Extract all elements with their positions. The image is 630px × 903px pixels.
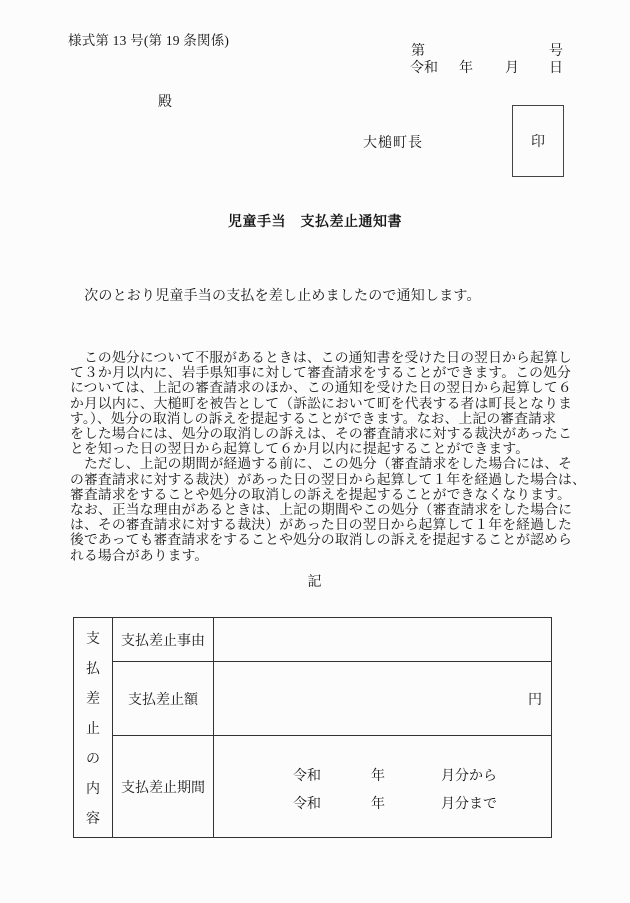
vertical-label-payment-stop-contents: 支 払 差 止 の 内 容 bbox=[74, 619, 112, 837]
period-from-month: 月分から bbox=[441, 765, 497, 785]
period-to-month: 月分まで bbox=[441, 793, 497, 813]
seal-mark: 印 bbox=[531, 131, 545, 151]
vertical-label-char: 容 bbox=[86, 808, 100, 828]
document-title: 児童手当 支払差止通知書 bbox=[0, 211, 630, 231]
body-line: をした場合には、処分の取消しの訴えは、その審査請求に対する裁決があったこ bbox=[70, 426, 582, 441]
vertical-label-char: 止 bbox=[86, 718, 100, 738]
row-label-stop-period: 支払差止期間 bbox=[113, 736, 214, 838]
period-to-year: 年 bbox=[371, 793, 385, 813]
seal-box: 印 bbox=[512, 105, 564, 177]
period-to-line: 令和 年 月分まで bbox=[214, 793, 551, 809]
date-day-label: 日 bbox=[549, 57, 563, 77]
body-line: なお、正当な理由があるときは、上記の期間やこの処分（審査請求をした場合に bbox=[70, 502, 582, 517]
body-line: とを知った日の翌日から起算して６か月以内に提起することができます。 bbox=[70, 441, 582, 456]
body-line: か月以内に、大槌町を被告として（訴訟において町を代表する者は町長となりま bbox=[70, 396, 582, 411]
body-line: す。）、処分の取消しの訴えを提起することができます。なお、上記の審査請求 bbox=[70, 411, 582, 426]
vertical-label-char: 払 bbox=[86, 658, 100, 678]
table-side-header: 支 払 差 止 の 内 容 bbox=[74, 618, 113, 838]
stop-reason-value-cell bbox=[214, 618, 552, 662]
appeal-instructions-paragraph: この処分について不服があるときは、この通知書を受けた日の翌日から起算し て３か月… bbox=[70, 350, 582, 563]
body-line: れる場合があります。 bbox=[70, 548, 582, 563]
vertical-label-char: の bbox=[86, 748, 100, 768]
vertical-label-char: 差 bbox=[86, 688, 100, 708]
date-year-label: 年 bbox=[459, 57, 473, 77]
body-line: て３か月以内に、岩手県知事に対して審査請求をすることができます。この処分 bbox=[70, 365, 582, 380]
date-era-label: 令和 bbox=[410, 57, 438, 77]
body-line: 後であっても審査請求をすることや処分の取消しの訴えを提起することが認めら bbox=[70, 532, 582, 547]
period-to-era: 令和 bbox=[293, 793, 321, 813]
notice-document-page: 様式第 13 号(第 19 条関係) 第 号 令和 年 月 日 殿 大槌町長 印… bbox=[0, 0, 630, 903]
ki-marker: 記 bbox=[0, 571, 630, 591]
period-from-era: 令和 bbox=[293, 765, 321, 785]
stop-amount-value-cell: 円 bbox=[214, 662, 552, 736]
addressee-honorific: 殿 bbox=[158, 91, 172, 111]
vertical-label-char: 内 bbox=[86, 778, 100, 798]
period-from-year: 年 bbox=[371, 765, 385, 785]
amount-unit-yen: 円 bbox=[528, 693, 542, 708]
period-from-line: 令和 年 月分から bbox=[214, 765, 551, 781]
body-line: ただし、上記の期間が経過する前に、この処分（審査請求をした場合には、そ bbox=[70, 456, 582, 471]
body-line: この処分について不服があるときは、この通知書を受けた日の翌日から起算し bbox=[70, 350, 582, 365]
form-number: 様式第 13 号(第 19 条関係) bbox=[68, 29, 229, 49]
issuer-name: 大槌町長 bbox=[363, 132, 423, 152]
body-line: 審査請求をすることや処分の取消しの訴えを提起することができなくなります。 bbox=[70, 487, 582, 502]
stop-period-value-cell: 令和 年 月分から 令和 年 月分まで bbox=[214, 736, 552, 838]
body-line: の審査請求に対する裁決）があった日の翌日から起算して１年を経過した場合は、 bbox=[70, 472, 582, 487]
row-label-stop-amount: 支払差止額 bbox=[113, 662, 214, 736]
body-line: については、上記の審査請求のほか、この通知を受けた日の翌日から起算して６ bbox=[70, 380, 582, 395]
date-month-label: 月 bbox=[505, 57, 519, 77]
body-line: は、その審査請求に対する裁決）があった日の翌日から起算して１年を経過した bbox=[70, 517, 582, 532]
payment-stop-details-table: 支 払 差 止 の 内 容 支払差止事由 支払差止額 円 bbox=[73, 617, 552, 838]
intro-sentence: 次のとおり児童手当の支払を差し止めましたので通知します。 bbox=[70, 285, 481, 305]
row-label-stop-reason: 支払差止事由 bbox=[113, 618, 214, 662]
vertical-label-char: 支 bbox=[86, 628, 100, 648]
